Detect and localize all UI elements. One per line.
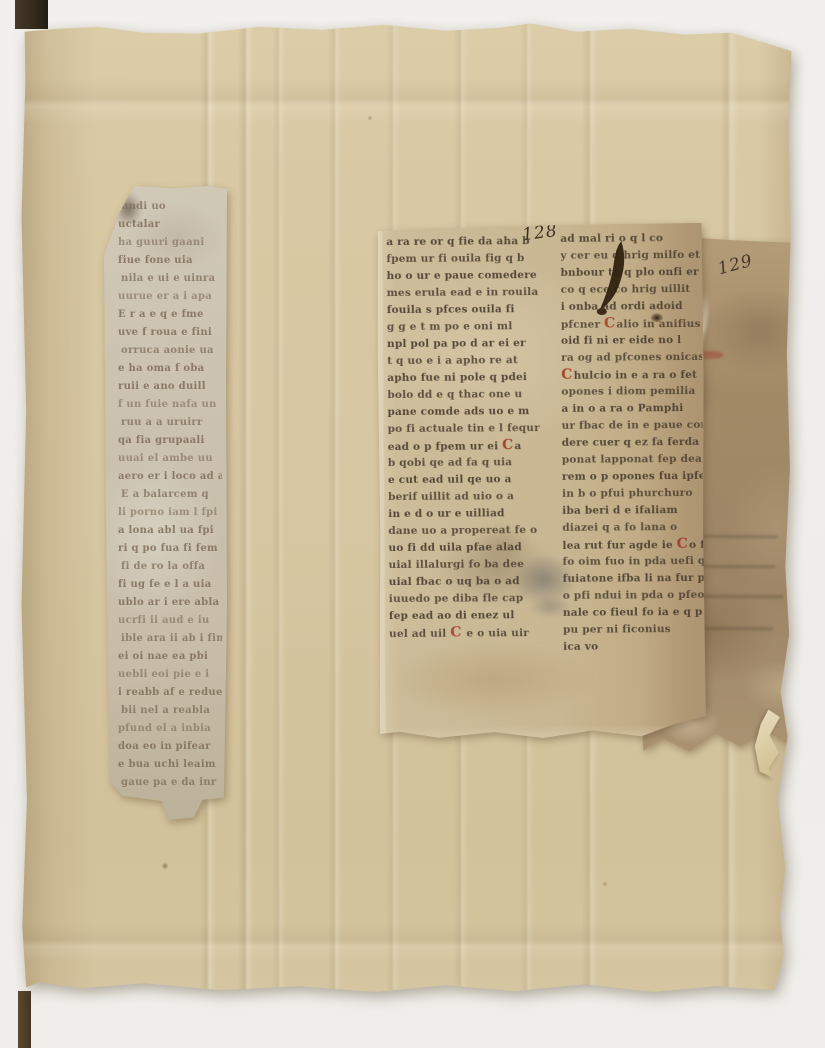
script-line: uel ad uil C e o uia uir xyxy=(389,624,557,642)
script-line: ho o ur e paue comedere xyxy=(387,267,555,285)
script-line: g g e t m po e oni ml xyxy=(387,318,555,336)
album-page: undi uouctalarha guuri gaanifiue fone ui… xyxy=(20,22,793,994)
ink-blot xyxy=(594,239,635,319)
script-line: o pfi ndui in pda o pfeomr xyxy=(563,587,704,605)
script-line: fpem ur fi ouila fig q b xyxy=(386,250,554,268)
script-line: uebli eoi pie e i xyxy=(118,666,222,684)
script-line: ica vo xyxy=(563,638,704,656)
binding-strip-top xyxy=(15,0,48,29)
small-ink-spot xyxy=(651,313,663,322)
script-line: t q uo e i a apho re at xyxy=(387,352,555,370)
script-line: ponat lapponat fep dea xyxy=(562,451,703,469)
script-line: in b o pfui phurchuro xyxy=(562,485,703,503)
script-line: dere cuer q ez fa ferda lb xyxy=(562,434,703,452)
script-line: pane comde ads uo e m xyxy=(387,403,555,421)
script-line: i reabb af e redue xyxy=(118,684,222,702)
script-line: e bua uchi leaim xyxy=(118,756,222,774)
script-line: uurue er a i apa xyxy=(118,288,222,306)
script-line: uctalar xyxy=(118,216,222,234)
script-line: oid fi ni er eide no l xyxy=(561,332,702,350)
script-line: ruu a a uruirr xyxy=(118,414,222,432)
script-line: a lona abl ua fpi xyxy=(118,522,222,540)
script-line: nila e ui e uinra xyxy=(118,270,222,288)
script-line: undi uo xyxy=(118,198,222,216)
script-line: lea rut fur agde ie Co fpaci xyxy=(562,536,703,554)
script-line: f un fuie nafa un xyxy=(118,396,222,414)
script-line: pu per ni ficonius xyxy=(563,621,704,639)
script-line: rem o p opones fua ipfe xyxy=(562,468,703,486)
script-line: nale co fieul fo ia e q p xyxy=(563,604,704,622)
left-fragment-text-column: undi uouctalarha guuri gaanifiue fone ui… xyxy=(118,198,222,792)
script-line: qa fia grupaali xyxy=(118,432,222,450)
script-line: ucrfi ii aud e iu xyxy=(118,612,222,630)
script-line: e cut ead uil qe uo a xyxy=(388,471,556,489)
script-line: fiue fone uia xyxy=(118,252,222,270)
script-line: fuiatone ifba li na fur pmaf xyxy=(563,570,704,588)
script-line: ur fbac de in e paue con xyxy=(562,417,703,435)
script-line: po fi actuale tin e l fequr xyxy=(388,420,556,438)
script-line: uuai el ambe uu xyxy=(118,450,222,468)
script-line: fo oim fuo in pda uefi q xyxy=(563,553,704,571)
script-line: npl pol pa po d ar ei er xyxy=(387,335,555,353)
script-line: Chulcio in e a ra o fet xyxy=(561,366,702,384)
script-line: ruii e ano duill xyxy=(118,378,222,396)
script-line: iba beri d e ifaliam xyxy=(562,502,703,520)
script-line: e ha oma f oba xyxy=(118,360,222,378)
folio-number-129: 129 xyxy=(716,251,755,279)
script-line: li porno iam l fpi xyxy=(118,504,222,522)
script-line: ublo ar i ere abla xyxy=(118,594,222,612)
rubric-initial: C xyxy=(450,625,462,641)
script-line: E a balarcem q xyxy=(118,486,222,504)
script-line: ead o p fpem ur ei Ca xyxy=(388,437,556,455)
script-line: opones i diom pemilia xyxy=(561,383,702,401)
rubric-initial: C xyxy=(677,536,689,552)
binding-strip-bottom xyxy=(18,991,31,1048)
script-line: a in o a ra o Pamphi xyxy=(561,400,702,418)
script-line: ha guuri gaani xyxy=(118,234,222,252)
script-line: doa eo in pifear xyxy=(118,738,222,756)
script-line: fi de ro la offa xyxy=(118,558,222,576)
script-line: uve f roua e fini xyxy=(118,324,222,342)
script-line: uo fi dd uila pfae alad xyxy=(388,539,556,557)
script-line: ra og ad pfcones onicas xyxy=(561,349,702,367)
script-line: orruca aonie ua xyxy=(118,342,222,360)
script-line: berif uillit ad uio o a xyxy=(388,488,556,506)
script-line: ri q po fua fi fem xyxy=(118,540,222,558)
rubric-initial: C xyxy=(502,437,514,453)
script-line: aero er i loco ad a xyxy=(118,468,222,486)
script-line: bolo dd e q thac one u xyxy=(387,386,555,404)
script-line: b qobi qe ad fa q uia xyxy=(388,454,556,472)
script-line: pfund el a inbia xyxy=(118,720,222,738)
script-line: fouila s pfces ouila fi xyxy=(387,301,555,319)
rubric-initial: C xyxy=(561,367,573,383)
script-line: apho fue ni pole q pdei xyxy=(387,369,555,387)
photo-background: undi uouctalarha guuri gaanifiue fone ui… xyxy=(0,0,825,1048)
script-line: bii nel a reabla xyxy=(118,702,222,720)
script-line: ei oi nae ea pbi xyxy=(118,648,222,666)
script-line: E r a e q e fme xyxy=(118,306,222,324)
script-line: ible ara ii ab i fim xyxy=(118,630,222,648)
tan-wash-stain xyxy=(385,642,600,717)
script-line: in e d o ur e uilliad xyxy=(388,505,556,523)
left-parchment-fragment: undi uouctalarha guuri gaanifiue fone ui… xyxy=(104,186,227,820)
script-line: gaue pa e da inr xyxy=(118,774,222,792)
script-line: fi ug fe e l a uia xyxy=(118,576,222,594)
script-line: mes erula ead e in rouila xyxy=(387,284,555,302)
script-line: dane uo a propereat fe o xyxy=(388,522,556,540)
script-line: diazei q a fo lana o xyxy=(562,519,703,537)
main-parchment-fragment: a ra re or q fie da aha bfpem ur fi ouil… xyxy=(376,223,707,739)
